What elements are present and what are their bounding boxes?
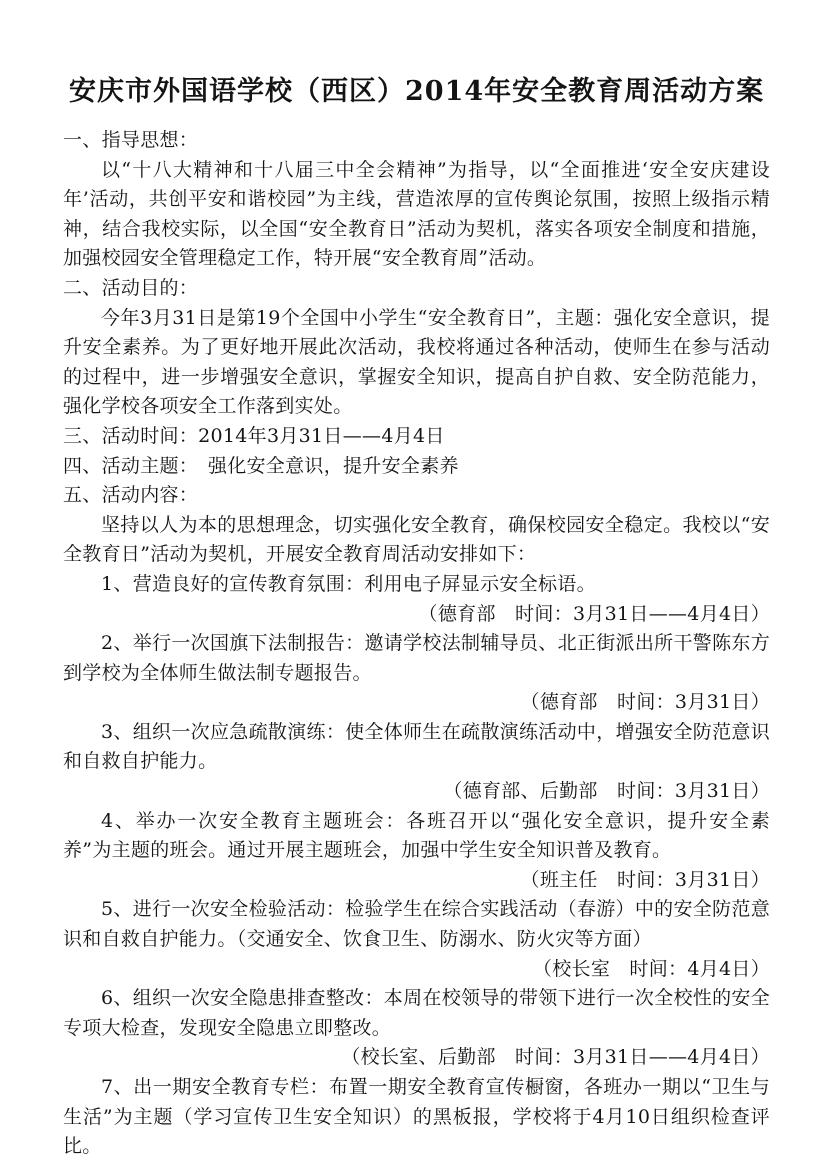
activity-item-4: 4、举办一次安全教育主题班会：各班召开以“强化安全意识，提升安全素养”为主题的班… — [63, 807, 770, 866]
section-heading-3-time: 三、活动时间：2014年3月31日——4月4日 — [63, 422, 770, 452]
activity-item-1-note: （德育部 时间：3月31日——4月4日） — [63, 600, 770, 630]
section-heading-2: 二、活动目的： — [63, 274, 770, 304]
activity-item-3-note: （德育部、后勤部 时间：3月31日） — [63, 777, 770, 807]
paragraph-content-intro: 坚持以人为本的思想理念，切实强化安全教育，确保校园安全稳定。我校以“安全教育日”… — [63, 511, 770, 570]
activity-item-5: 5、进行一次安全检验活动：检验学生在综合实践活动（春游）中的安全防范意识和自救自… — [63, 895, 770, 954]
paragraph-activity-purpose: 今年3月31日是第19个全国中小学生“安全教育日”，主题：强化安全意识，提升安全… — [63, 304, 770, 422]
activity-item-2-note: （德育部 时间：3月31日） — [63, 688, 770, 718]
activity-item-5-note: （校长室 时间：4月4日） — [63, 955, 770, 985]
activity-item-4-note: （班主任 时间：3月31日） — [63, 866, 770, 896]
activity-item-7: 7、出一期安全教育专栏：布置一期安全教育宣传橱窗，各班办一期以“卫生与生活”为主… — [63, 1073, 770, 1162]
document-page: 安庆市外国语学校（西区）2014年安全教育周活动方案 一、指导思想： 以“十八大… — [0, 0, 829, 1169]
activity-item-1: 1、营造良好的宣传教育氛围：利用电子屏显示安全标语。 — [63, 570, 770, 600]
activity-item-3: 3、组织一次应急疏散演练：使全体师生在疏散演练活动中，增强安全防范意识和自救自护… — [63, 718, 770, 777]
paragraph-guiding-ideology: 以“十八大精神和十八届三中全会精神”为指导，以“全面推进‘安全安庆建设年’活动，… — [63, 156, 770, 274]
activity-item-6-note: （校长室、后勤部 时间：3月31日——4月4日） — [63, 1043, 770, 1073]
document-title: 安庆市外国语学校（西区）2014年安全教育周活动方案 — [69, 72, 770, 112]
activity-item-6: 6、组织一次安全隐患排查整改：本周在校领导的带领下进行一次全校性的安全专项大检查… — [63, 984, 770, 1043]
section-heading-1: 一、指导思想： — [63, 126, 770, 156]
document-body: 一、指导思想： 以“十八大精神和十八届三中全会精神”为指导，以“全面推进‘安全安… — [63, 126, 770, 1162]
activity-item-2: 2、举行一次国旗下法制报告：邀请学校法制辅导员、北正街派出所干警陈东方到学校为全… — [63, 629, 770, 688]
section-heading-5-content: 五、活动内容： — [63, 481, 770, 511]
section-heading-4-theme: 四、活动主题： 强化安全意识，提升安全素养 — [63, 452, 770, 482]
